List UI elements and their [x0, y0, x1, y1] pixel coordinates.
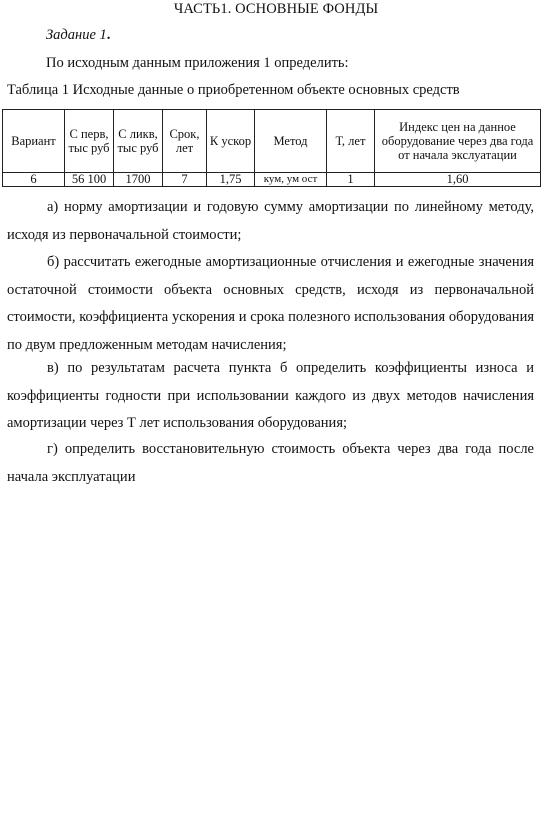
cell-acceleration-coef: 1,75: [207, 173, 255, 187]
task-item-v: в) по результатам расчета пункта б опред…: [7, 355, 534, 438]
table-row: 6 56 100 1700 7 1,75 кум, ум ост 1 1,60: [3, 173, 541, 187]
header-t-years: Т, лет: [327, 110, 375, 173]
item-marker: г): [47, 441, 58, 457]
cell-price-index: 1,60: [375, 173, 541, 187]
cell-useful-life: 7: [163, 173, 207, 187]
header-method: Метод: [255, 110, 327, 173]
item-marker: а): [47, 199, 58, 215]
task-item-b: б) рассчитать ежегодные амортизационные …: [7, 249, 534, 359]
item-text: рассчитать ежегодные амортизационные отч…: [7, 254, 534, 353]
section-title: ЧАСТЬ1. ОСНОВНЫЕ ФОНДЫ: [0, 1, 552, 18]
cell-variant: 6: [3, 173, 65, 187]
header-initial-cost: С перв, тыс руб: [65, 110, 114, 173]
task-dot: .: [107, 27, 111, 43]
cell-t-years: 1: [327, 173, 375, 187]
item-marker: б): [47, 254, 59, 270]
task-item-g: г) определить восстановительную стоимост…: [7, 436, 534, 491]
item-text: норму амортизации и годовую сумму аморти…: [7, 199, 534, 243]
cell-initial-cost: 56 100: [65, 173, 114, 187]
header-salvage-value: С ликв, тыс руб: [114, 110, 163, 173]
item-text: определить восстановительную стоимость о…: [7, 441, 534, 485]
task-item-a: а) норму амортизации и годовую сумму амо…: [7, 194, 534, 249]
item-text: по результатам расчета пункта б определи…: [7, 360, 534, 431]
source-data-table: Вариант С перв, тыс руб С ликв, тыс руб …: [2, 109, 541, 187]
cell-salvage-value: 1700: [114, 173, 163, 187]
cell-method: кум, ум ост: [255, 173, 327, 187]
item-marker: в): [47, 360, 59, 376]
table-caption: Таблица 1 Исходные данные о приобретенно…: [7, 82, 460, 99]
intro-text: По исходным данным приложения 1 определи…: [46, 55, 349, 72]
header-variant: Вариант: [3, 110, 65, 173]
document-page: ЧАСТЬ1. ОСНОВНЫЕ ФОНДЫ Задание 1. По исх…: [0, 0, 552, 825]
task-heading: Задание 1.: [46, 27, 110, 44]
header-acceleration-coef: К ускор: [207, 110, 255, 173]
header-useful-life: Срок, лет: [163, 110, 207, 173]
table-header-row: Вариант С перв, тыс руб С ликв, тыс руб …: [3, 110, 541, 173]
task-label: Задание 1: [46, 27, 107, 43]
header-price-index: Индекс цен на данное оборудование через …: [375, 110, 541, 173]
